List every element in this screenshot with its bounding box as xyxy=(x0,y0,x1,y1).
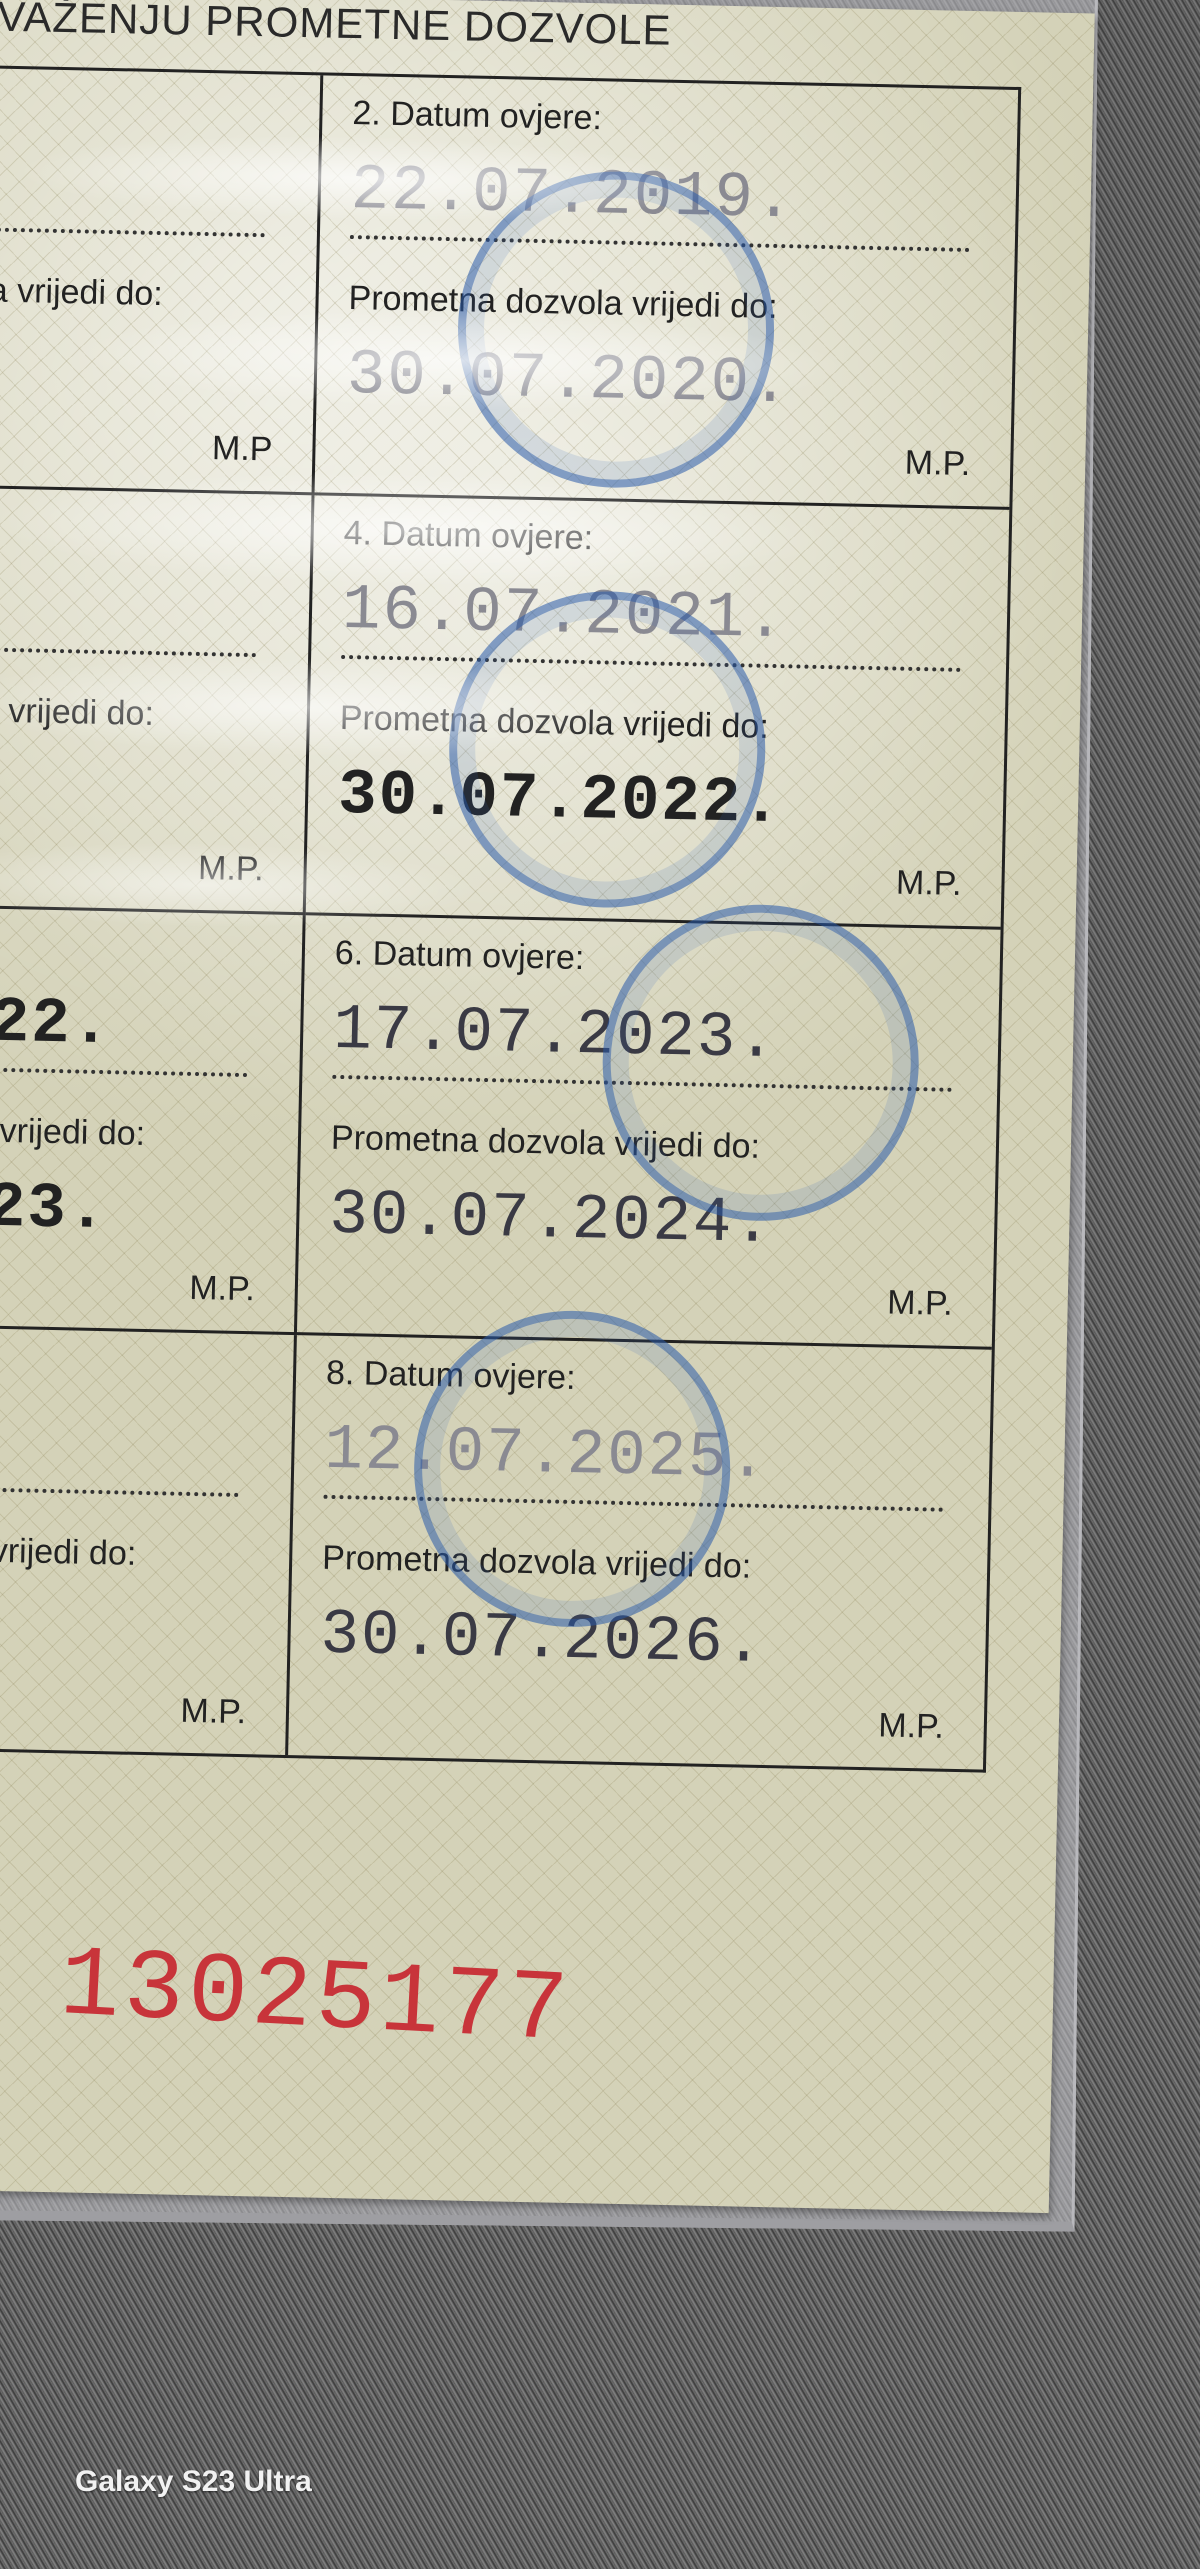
dotted-line xyxy=(0,227,265,237)
stamp-place-label: M.P. xyxy=(896,864,962,904)
validation-date: …2024. xyxy=(0,1403,92,1482)
date-label: 1. Datum ovjere: xyxy=(0,81,90,127)
stamp-place-label: M.P. xyxy=(887,1284,953,1324)
validation-date: 12.07.2025. xyxy=(324,1415,990,1501)
valid-until-date: …2021. xyxy=(0,748,106,827)
stamp-place-label: M.P xyxy=(212,429,273,469)
validation-cell-8: 8. Datum ovjere: 12.07.2025. Prometna do… xyxy=(288,1335,992,1769)
valid-until-label: Prometna dozvola vrijedi do: xyxy=(322,1539,988,1592)
valid-until-label: Prometna dozvola vrijedi do: xyxy=(331,1119,997,1172)
date-label: 5. Datum ovjere: xyxy=(0,921,72,967)
stamp-place-label: M.P. xyxy=(198,849,264,889)
dotted-line xyxy=(0,647,256,657)
date-label: 2. Datum ovjere: xyxy=(352,94,1018,147)
dotted-line xyxy=(0,1067,247,1077)
validation-cell-5: 5. Datum ovjere: …07.2022. Prometna dozv… xyxy=(0,908,306,1335)
valid-until-date: 30.07.2024. xyxy=(329,1180,995,1266)
date-label: 8. Datum ovjere: xyxy=(326,1354,992,1407)
validation-date: …2020. xyxy=(0,563,110,642)
valid-until-label: Prometna dozvola vrijedi do: xyxy=(339,699,1005,752)
valid-until-label: Prometna dozvola vrijedi do: xyxy=(0,266,86,312)
dotted-line xyxy=(0,1487,239,1497)
validation-cell-6: 6. Datum ovjere: 17.07.2023. Prometna do… xyxy=(297,915,1001,1349)
valid-until-date: 30.07.2022. xyxy=(337,760,1003,846)
date-label: 7. Datum ovjere: xyxy=(0,1341,64,1387)
stamp-place-label: M.P. xyxy=(189,1269,255,1309)
valid-until-date: 30.07.2026. xyxy=(320,1600,986,1686)
validation-date: …2018. xyxy=(0,143,119,222)
validation-cell-4: 4. Datum ovjere: 16.07.2021. Prometna do… xyxy=(306,495,1010,929)
date-label: 4. Datum ovjere: xyxy=(343,514,1009,567)
valid-until-label: Prometna dozvola vrijedi do: xyxy=(0,1526,60,1572)
validation-cell-1: 1. Datum ovjere: …2018. Prometna dozvola… xyxy=(0,68,323,495)
valid-until-label: Prometna dozvola vrijedi do: xyxy=(348,279,1014,332)
valid-until-date: …2019. xyxy=(0,328,115,407)
document-heading: VAŽENJU PROMETNE DOZVOLE xyxy=(0,0,672,55)
valid-until-label: Prometna dozvola vrijedi do: xyxy=(0,686,77,732)
validation-cell-2: 2. Datum ovjere: 22.07.2019. Prometna do… xyxy=(314,75,1018,509)
date-label: 3. Datum ovjere: xyxy=(0,501,81,547)
date-label: 6. Datum ovjere: xyxy=(334,934,1000,987)
validation-date: 16.07.2021. xyxy=(341,575,1007,661)
validation-date: 22.07.2019. xyxy=(350,155,1016,241)
camera-watermark: Galaxy S23 Ultra xyxy=(75,2465,312,2499)
stamp-place-label: M.P. xyxy=(878,1706,944,1746)
validation-cell-3: 3. Datum ovjere: …2020. Prometna dozvola… xyxy=(0,488,314,915)
valid-until-date: …07.2023. xyxy=(0,1168,97,1247)
registration-document: VAŽENJU PROMETNE DOZVOLE 1. Datum ovjere… xyxy=(0,0,1095,2213)
validation-table: 1. Datum ovjere: …2018. Prometna dozvola… xyxy=(0,65,1021,1773)
stamp-place-label: M.P. xyxy=(180,1692,246,1732)
validation-cell-7: 7. Datum ovjere: …2024. Prometna dozvola… xyxy=(0,1328,297,1755)
validation-date: …07.2022. xyxy=(0,983,101,1062)
valid-until-label: Prometna dozvola vrijedi do: xyxy=(0,1106,68,1152)
valid-until-date: …2025. xyxy=(0,1587,88,1666)
validation-date: 17.07.2023. xyxy=(333,995,999,1081)
stamp-place-label: M.P. xyxy=(904,444,970,484)
valid-until-date: 30.07.2020. xyxy=(346,340,1012,426)
